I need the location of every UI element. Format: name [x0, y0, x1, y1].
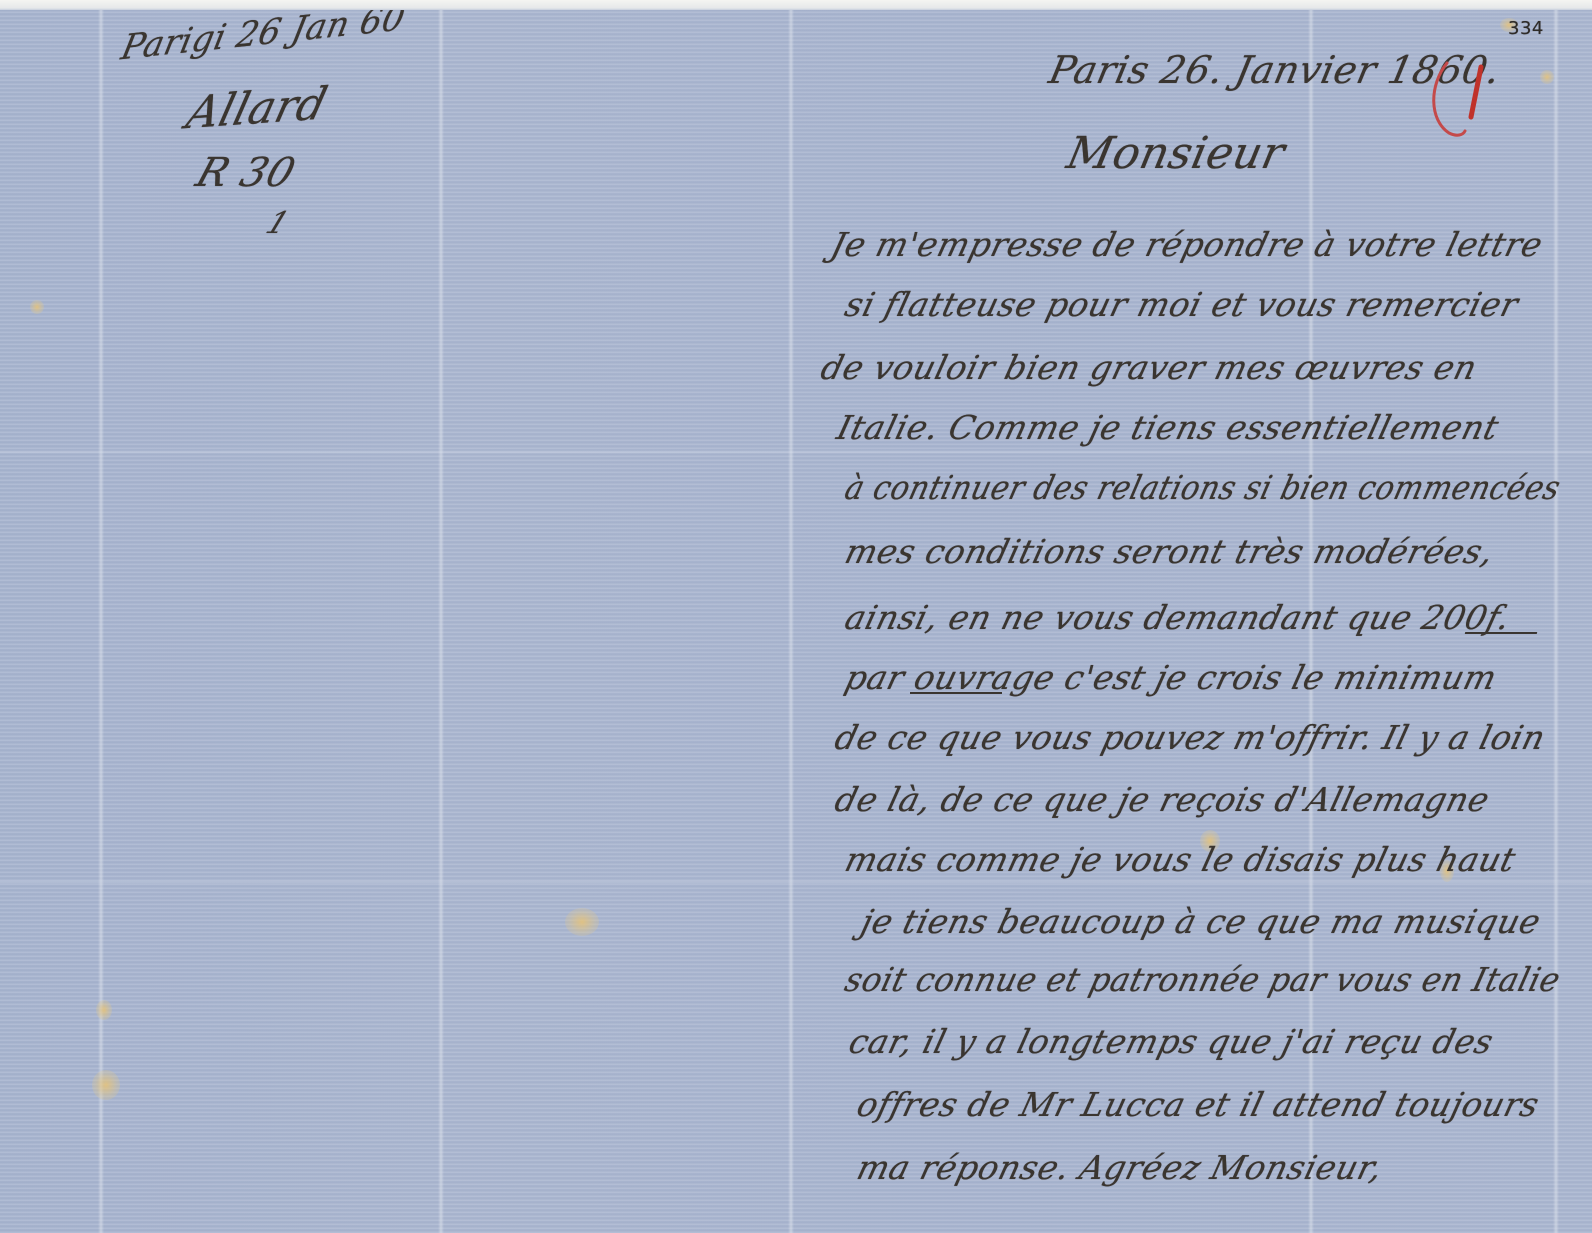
- body-line-3: de vouloir bien graver mes œuvres en: [817, 348, 1481, 387]
- body-line-10: de là, de ce que je reçois d'Allemagne: [831, 780, 1494, 819]
- paper-crease: [0, 880, 1592, 884]
- paper-fold-line: [438, 10, 444, 1233]
- body-line-11: mais comme je vous le disais plus haut: [841, 840, 1520, 879]
- foxing-stain: [96, 1000, 112, 1020]
- body-line-6: mes conditions seront très modérées,: [841, 532, 1498, 571]
- salutation: Monsieur: [1063, 128, 1290, 179]
- body-line-7: ainsi, en ne vous demandant que 200f.: [841, 598, 1515, 637]
- docket-place-date: Parigi 26 Jan 60: [118, 10, 409, 69]
- scan-top-edge: [0, 0, 1592, 10]
- paper-crease: [0, 450, 1592, 454]
- body-line-12: je tiens beaucoup à ce que ma musique: [857, 902, 1545, 941]
- letter-sheet: 334 Parigi 26 Jan 60 Allard R 30 1 Paris…: [0, 10, 1592, 1233]
- underline-amount: [1465, 632, 1537, 634]
- body-line-14: car, il y a longtemps que j'ai reçu des: [845, 1022, 1497, 1061]
- paper-fold-line: [98, 10, 104, 1233]
- foxing-stain: [92, 1070, 120, 1100]
- docket-sender-name: Allard: [182, 78, 333, 140]
- body-line-15: offres de Mr Lucca et il attend toujours: [853, 1085, 1543, 1124]
- underline-ouvrage: [910, 692, 1002, 694]
- docket-number: 1: [261, 206, 295, 241]
- body-line-13: soit connue et patronnée par vous en Ita…: [841, 960, 1564, 999]
- red-pencil-annotation: [1425, 55, 1485, 145]
- paper-fold-line: [1553, 10, 1559, 1233]
- foxing-stain: [1540, 70, 1554, 84]
- body-line-9: de ce que vous pouvez m'offrir. Il y a l…: [831, 718, 1549, 757]
- body-line-5: à continuer des relations si bien commen…: [841, 468, 1565, 507]
- docket-reference: R 30: [191, 150, 302, 196]
- body-line-16: ma réponse. Agréez Monsieur,: [853, 1148, 1387, 1187]
- paper-fold-line: [788, 10, 794, 1233]
- folio-number: 334: [1508, 18, 1544, 39]
- foxing-stain: [30, 300, 44, 314]
- body-line-1: Je m'empresse de répondre à votre lettre: [827, 225, 1547, 264]
- body-line-4: Italie. Comme je tiens essentiellement: [833, 408, 1503, 447]
- body-line-2: si flatteuse pour moi et vous remercier: [841, 285, 1522, 324]
- foxing-stain: [565, 908, 599, 936]
